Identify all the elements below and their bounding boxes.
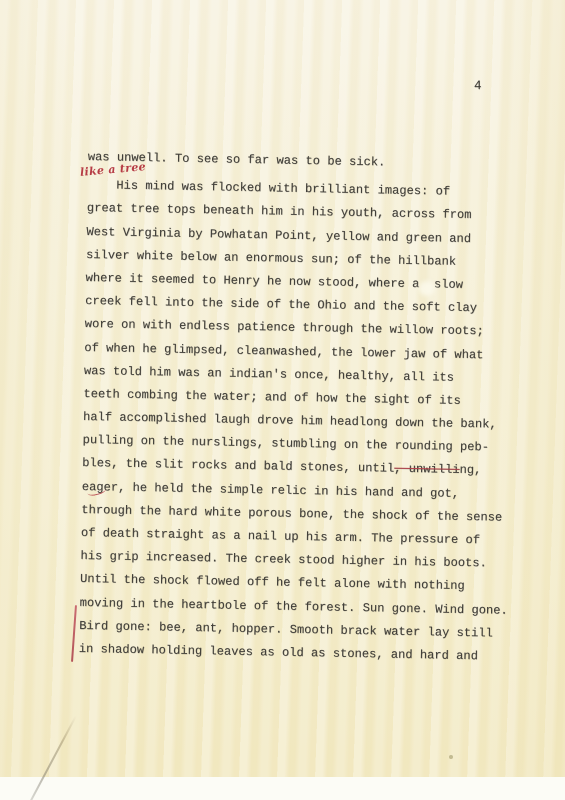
erasure-smudge <box>419 281 435 296</box>
typed-text: pulling on the nurslings, stumbling on t… <box>82 433 489 454</box>
typed-text: Bird gone: bee, ant, hopper. Smooth brac… <box>79 619 493 641</box>
typed-text: his grip increased. The creek stood high… <box>80 549 487 570</box>
typed-text: ng, <box>459 463 481 477</box>
typed-text: where it seemed to Henry he now stood, w… <box>85 271 463 292</box>
typed-text: great tree tops beneath him in his youth… <box>87 201 472 222</box>
typed-text: in shadow holding leaves as old as stone… <box>79 642 478 663</box>
typed-text: was told him was an indian's once, healt… <box>84 364 454 385</box>
typed-text-block: was unwell. To see so far was to be sick… <box>79 146 538 669</box>
typed-text: teeth combing the water; and of how the … <box>83 387 461 408</box>
typed-text: eager, he held the simple relic in his h… <box>82 480 460 501</box>
typed-text: wore on with endless patience through th… <box>85 317 484 338</box>
typed-text: West Virginia by Powhatan Point, yellow … <box>86 225 471 246</box>
page-number: 4 <box>474 79 482 93</box>
typed-text: His mind was flocked with brilliant imag… <box>87 178 450 199</box>
struck-text: , unwilli <box>394 462 460 477</box>
scanner-background-strip <box>0 777 565 800</box>
typed-text: of death straight as a nail up his arm. … <box>81 526 480 547</box>
typed-text: of when he glimpsed, cleanwashed, the lo… <box>84 340 483 361</box>
typed-text: creek fell into the side of the Ohio and… <box>85 294 477 315</box>
typed-text: through the hard white porous bone, the … <box>81 503 502 525</box>
typed-text: half accomplished laugh drove him headlo… <box>83 410 497 432</box>
manuscript-page: 4 was unwell. To see so far was to be si… <box>0 0 565 800</box>
paper-speck <box>449 755 453 759</box>
typed-text: silver white below an enormous sun; of t… <box>86 248 456 269</box>
typed-text: bles, the slit rocks and bald stones, un… <box>82 456 394 476</box>
typed-text: moving in the heartbole of the forest. S… <box>80 595 508 617</box>
typed-text: Until the shock flowed off he felt alone… <box>80 572 465 593</box>
